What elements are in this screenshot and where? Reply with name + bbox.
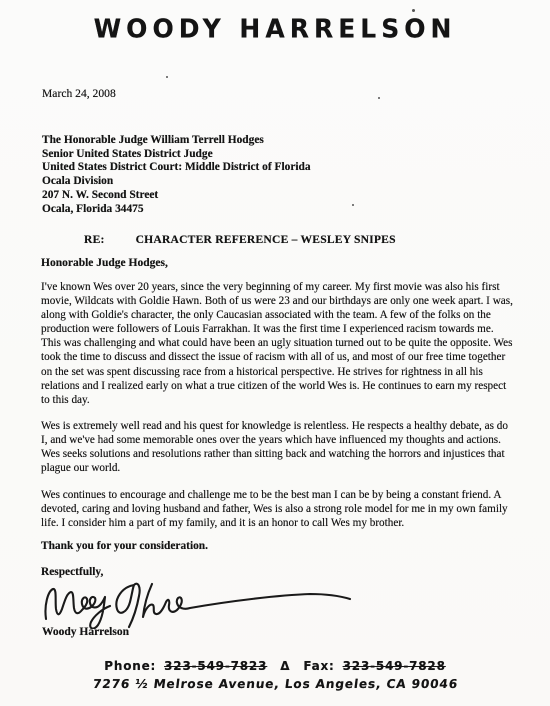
scan-speck bbox=[378, 97, 380, 99]
closing-thanks: Thank you for your consideration. bbox=[41, 540, 208, 552]
subject-label: RE: bbox=[84, 233, 105, 246]
recipient-line: Senior United States District Judge bbox=[42, 148, 311, 162]
scanned-letter-page: WOODY HARRELSON March 24, 2008 The Honor… bbox=[0, 0, 550, 706]
recipient-line: Ocala Division bbox=[42, 175, 311, 189]
signed-name: Woody Harrelson bbox=[42, 626, 129, 638]
handwritten-signature bbox=[40, 579, 358, 629]
recipient-line: United States District Court: Middle Dis… bbox=[42, 161, 311, 175]
delta-icon: Δ bbox=[280, 657, 290, 675]
subject-text: CHARACTER REFERENCE – WESLEY SNIPES bbox=[136, 233, 396, 246]
recipient-line: The Honorable Judge William Terrell Hodg… bbox=[42, 134, 311, 148]
footer-address-line: 7276 ½ Melrose Avenue, Los Angeles, CA 9… bbox=[91, 675, 458, 693]
fax-number: 323-549-7828 bbox=[343, 659, 446, 673]
phone-number: 323-549-7823 bbox=[164, 659, 267, 673]
fax-label: Fax: bbox=[303, 659, 334, 673]
subject-line: RE:CHARACTER REFERENCE – WESLEY SNIPES bbox=[84, 233, 396, 246]
recipient-line: Ocala, Florida 34475 bbox=[42, 203, 311, 217]
scan-speck bbox=[412, 9, 415, 12]
salutation: Honorable Judge Hodges, bbox=[41, 257, 168, 269]
letter-footer: Phone:323-549-7823ΔFax:323-549-7828 7276… bbox=[0, 657, 550, 693]
scan-speck bbox=[352, 204, 354, 206]
recipient-line: 207 N. W. Second Street bbox=[42, 189, 311, 203]
scan-speck bbox=[166, 76, 168, 78]
phone-label: Phone: bbox=[104, 659, 156, 673]
body-paragraph-2: Wes is extremely well read and his quest… bbox=[41, 419, 515, 475]
body-paragraph-1: I've known Wes over 20 years, since the … bbox=[41, 280, 515, 407]
recipient-address-block: The Honorable Judge William Terrell Hodg… bbox=[42, 134, 311, 216]
footer-phone-fax-line: Phone:323-549-7823ΔFax:323-549-7828 bbox=[0, 657, 550, 675]
letterhead-name: WOODY HARRELSON bbox=[0, 13, 550, 43]
letter-date: March 24, 2008 bbox=[42, 87, 116, 100]
body-paragraph-3: Wes continues to encourage and challenge… bbox=[41, 488, 515, 530]
valediction: Respectfully, bbox=[41, 566, 103, 578]
